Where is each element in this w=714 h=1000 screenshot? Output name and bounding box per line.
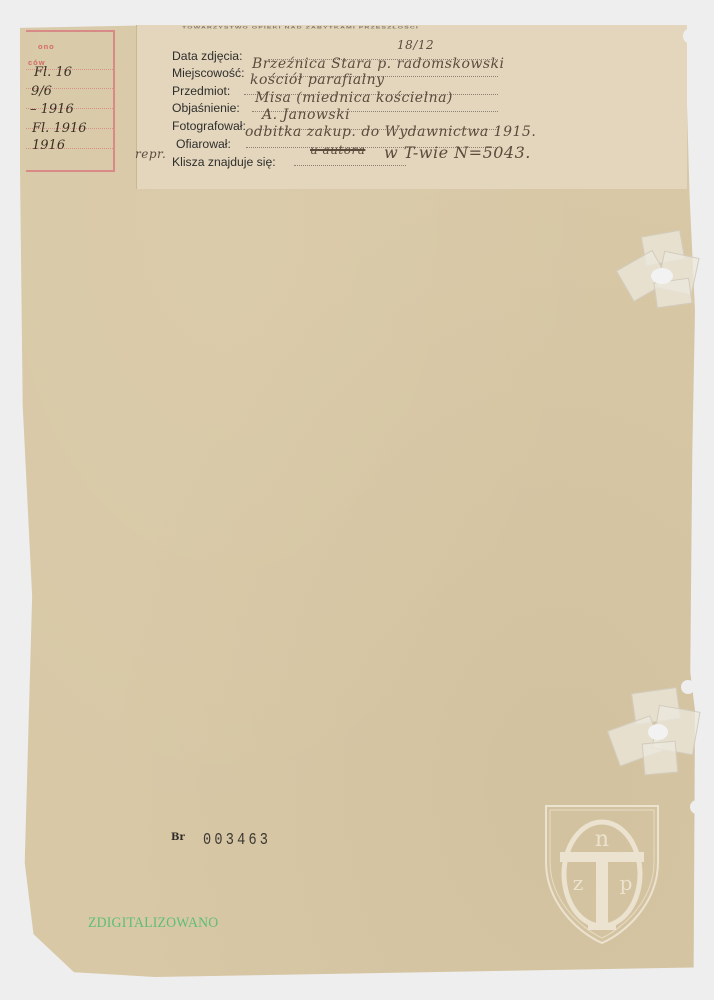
inventory-prefix: Br — [171, 832, 185, 843]
ledger-entry: 1916 — [32, 138, 65, 153]
field-value-donor: odbitka zakup. do Wydawnictwa 1915. — [245, 124, 536, 140]
field-label: Miejscowość: — [172, 66, 244, 80]
field-label: Klisza znajduje się: — [172, 155, 276, 169]
field-label: Data zdjęcia: — [172, 49, 242, 63]
ledger-entry: – 1916 — [30, 102, 74, 117]
edge-notch — [683, 28, 699, 44]
field-label: Objaśnienie: — [172, 101, 240, 115]
field-value-description: Misa (miednica kościelna) — [255, 90, 453, 106]
field-row-place: Miejscowość: — [172, 62, 244, 80]
ledger-header-1: ono — [38, 42, 55, 51]
edge-notch — [690, 800, 704, 814]
field-value-photographer: A. Janowski — [262, 107, 350, 123]
shield-watermark-icon: n z p — [542, 802, 662, 947]
field-row-subject: Przedmiot: — [172, 80, 230, 98]
field-value-negative: w T-wie N=5043. — [384, 143, 531, 162]
ledger-entry: Fl. 16 — [34, 65, 72, 80]
margin-note: repr. — [135, 147, 166, 161]
label-header: TOWARZYSTWO OPIEKI NAD ZABYTKAMI PRZESZŁ… — [182, 26, 419, 29]
digitized-stamp: ZDIGITALIZOWANO — [88, 915, 218, 932]
field-value-subject: kościół parafialny — [250, 72, 385, 88]
field-row-photographer: Fotografował: — [172, 115, 246, 133]
inventory-number: 003463 — [203, 831, 271, 850]
field-value-date: 18/12 — [397, 38, 434, 52]
dotted-line — [294, 164, 406, 166]
svg-text:n: n — [595, 827, 609, 852]
punch-hole — [651, 268, 673, 284]
ledger-entry: 9/6 — [31, 84, 52, 99]
field-value-place: Brzeźnica Stara p. radomskowski — [252, 56, 505, 72]
svg-text:z: z — [573, 871, 584, 895]
field-label: Fotografował: — [172, 119, 246, 133]
field-value-negative-struck: u autora — [310, 143, 365, 157]
punch-hole — [648, 724, 668, 740]
field-row-donor: Ofiarował: — [176, 133, 231, 151]
ledger-stamp: ono ców Fl. 16 9/6 – 1916 Fl. 1916 1916 — [26, 30, 115, 172]
edge-notch — [681, 680, 695, 694]
field-label: Przedmiot: — [172, 84, 230, 98]
svg-text:p: p — [620, 871, 633, 895]
field-row-date: Data zdjęcia: — [172, 45, 242, 63]
ledger-entry: Fl. 1916 — [32, 121, 87, 136]
field-row-negative: Klisza znajduje się: — [172, 151, 276, 169]
field-label: Ofiarował: — [176, 137, 231, 151]
field-row-description: Objaśnienie: — [172, 97, 240, 115]
